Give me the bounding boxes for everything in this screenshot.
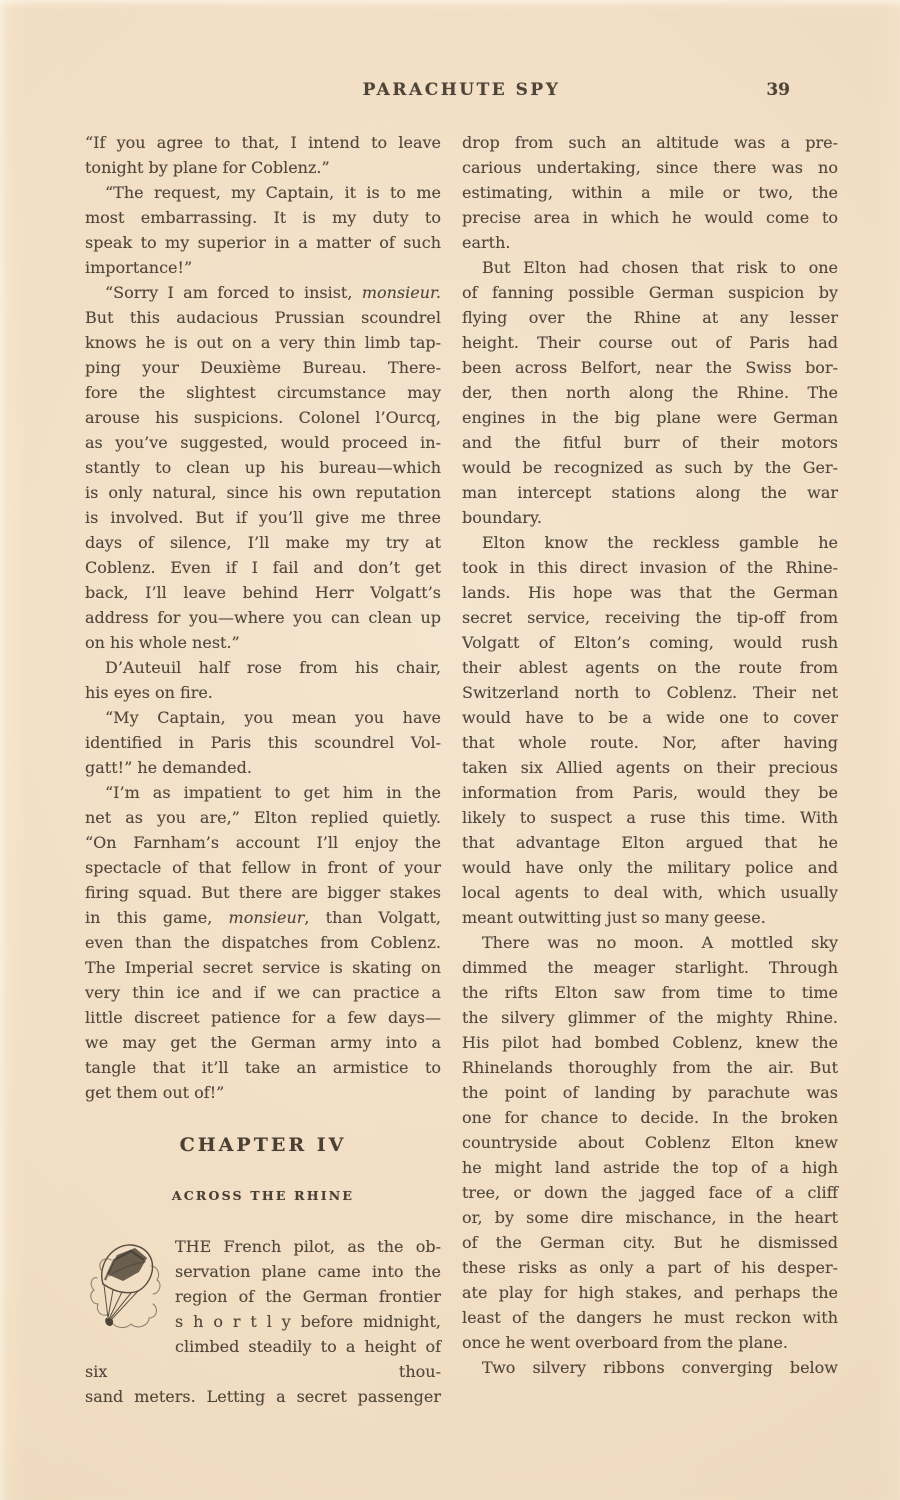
text-line: tangle that it’ll take an armistice to: [85, 1055, 441, 1080]
book-page-scan: PARACHUTE SPY 39 “If you agree to that, …: [0, 0, 900, 1500]
text-line: his eyes on fire.: [85, 680, 441, 705]
text-line: back, I’ll leave behind Herr Volgatt’s: [85, 580, 441, 605]
text-line: drop from such an altitude was a pre-: [462, 130, 838, 155]
text-line: identified in Paris this scoundrel Vol-: [85, 730, 441, 755]
text-line: Coblenz. Even if I fail and don’t get: [85, 555, 441, 580]
text-line: The Imperial secret service is skating o…: [85, 955, 441, 980]
text-line: information from Paris, would they be: [462, 780, 838, 805]
text-line: sand meters. Letting a secret passenger: [85, 1384, 441, 1409]
text-line: carious undertaking, since there was no: [462, 155, 838, 180]
text-line: as you’ve suggested, would proceed in-: [85, 430, 441, 455]
text-line: “If you agree to that, I intend to leave: [85, 130, 441, 155]
text-line: local agents to deal with, which usually: [462, 880, 838, 905]
text-line: ping your Deuxième Bureau. There-: [85, 355, 441, 380]
text-line: even than the dispatches from Coblenz.: [85, 930, 441, 955]
parachute-sketch-icon: [87, 1236, 163, 1336]
paragraph: There was no moon. A mottled skydimmed t…: [462, 930, 838, 1355]
text-line: would be recognized as such by the Ger-: [462, 455, 838, 480]
text-line: man intercept stations along the war: [462, 480, 838, 505]
text-line: importance!”: [85, 255, 441, 280]
text-line: is involved. But if you’ll give me three: [85, 505, 441, 530]
text-line: arouse his suspicions. Colonel l’Ourcq,: [85, 405, 441, 430]
text-line: get them out of!”: [85, 1080, 441, 1105]
text-line: tree, or down the jagged face of a cliff: [462, 1180, 838, 1205]
text-line: D’Auteuil half rose from his chair,: [85, 655, 441, 680]
text-line: been across Belfort, near the Swiss bor-: [462, 355, 838, 380]
text-line: their ablest agents on the route from: [462, 655, 838, 680]
chapter-heading: CHAPTER IV: [85, 1133, 441, 1158]
paragraph: drop from such an altitude was a pre-car…: [462, 130, 838, 255]
text-line: His pilot had bombed Coblenz, knew the: [462, 1030, 838, 1055]
column-left: “If you agree to that, I intend to leave…: [85, 130, 441, 1409]
text-line: “The request, my Captain, it is to me: [85, 180, 441, 205]
text-line: der, then north along the Rhine. The: [462, 380, 838, 405]
page-header: PARACHUTE SPY 39: [85, 80, 838, 104]
text-line: the silvery glimmer of the mighty Rhine.: [462, 1005, 838, 1030]
text-line: we may get the German army into a: [85, 1030, 441, 1055]
text-line: “On Farnham’s account I’ll enjoy the: [85, 830, 441, 855]
text-line: secret service, receiving the tip-off fr…: [462, 605, 838, 630]
text-line: would have to be a wide one to cover: [462, 705, 838, 730]
text-line: climbed steadily to a height of six thou…: [85, 1334, 441, 1384]
text-line: “My Captain, you mean you have: [85, 705, 441, 730]
text-line: Two silvery ribbons converging below: [462, 1355, 838, 1380]
text-line: that advantage Elton argued that he: [462, 830, 838, 855]
text-line: little discreet patience for a few days—: [85, 1005, 441, 1030]
text-line: spectacle of that fellow in front of you…: [85, 855, 441, 880]
text-line: the point of landing by parachute was: [462, 1080, 838, 1105]
text-line: height. Their course out of Paris had: [462, 330, 838, 355]
text-line: the rifts Elton saw from time to time: [462, 980, 838, 1005]
text-line: precise area in which he would come to: [462, 205, 838, 230]
text-line: But Elton had chosen that risk to one: [462, 255, 838, 280]
text-line: firing squad. But there are bigger stake…: [85, 880, 441, 905]
text-line: days of silence, I’ll make my try at: [85, 530, 441, 555]
text-line: these risks as only a part of his desper…: [462, 1255, 838, 1280]
text-line: But this audacious Prussian scoundrel: [85, 305, 441, 330]
text-line: in this game, monsieur, than Volgatt,: [85, 905, 441, 930]
text-line: and the fitful burr of their motors: [462, 430, 838, 455]
paragraph: D’Auteuil half rose from his chair,his e…: [85, 655, 441, 705]
text-line: “I’m as impatient to get him in the: [85, 780, 441, 805]
text-line: tonight by plane for Coblenz.”: [85, 155, 441, 180]
page-number: 39: [766, 80, 790, 100]
paragraph: “Sorry I am forced to insist, monsieur.B…: [85, 280, 441, 655]
text-line: ate play for high stakes, and perhaps th…: [462, 1280, 838, 1305]
text-line: that whole route. Nor, after having: [462, 730, 838, 755]
text-line: would have only the military police and: [462, 855, 838, 880]
text-line: of fanning possible German suspicion by: [462, 280, 838, 305]
text-line: Elton know the reckless gamble he: [462, 530, 838, 555]
paragraph: Elton know the reckless gamble hetook in…: [462, 530, 838, 930]
text-line: likely to suspect a ruse this time. With: [462, 805, 838, 830]
text-line: of the German city. But he dismissed: [462, 1230, 838, 1255]
text-line: “Sorry I am forced to insist, monsieur.: [85, 280, 441, 305]
text-line: net as you are,” Elton replied quietly.: [85, 805, 441, 830]
text-line: is only natural, since his own reputatio…: [85, 480, 441, 505]
text-line: earth.: [462, 230, 838, 255]
text-line: boundary.: [462, 505, 838, 530]
text-line: most embarrassing. It is my duty to: [85, 205, 441, 230]
text-line: estimating, within a mile or two, the: [462, 180, 838, 205]
text-line: flying over the Rhine at any lesser: [462, 305, 838, 330]
chapter-subheading: ACROSS THE RHINE: [85, 1188, 441, 1204]
text-line: meant outwitting just so many geese.: [462, 905, 838, 930]
text-line: fore the slightest circumstance may: [85, 380, 441, 405]
text-line: or, by some dire mischance, in the heart: [462, 1205, 838, 1230]
text-line: dimmed the meager starlight. Through: [462, 955, 838, 980]
paragraph: “If you agree to that, I intend to leave…: [85, 130, 441, 180]
text-line: one for chance to decide. In the broken: [462, 1105, 838, 1130]
text-line: least of the dangers he must reckon with: [462, 1305, 838, 1330]
text-line: once he went overboard from the plane.: [462, 1330, 838, 1355]
text-line: Switzerland north to Coblenz. Their net: [462, 680, 838, 705]
text-line: address for you—where you can clean up: [85, 605, 441, 630]
text-line: on his whole nest.”: [85, 630, 441, 655]
text-line: took in this direct invasion of the Rhin…: [462, 555, 838, 580]
text-line: speak to my superior in a matter of such: [85, 230, 441, 255]
text-line: knows he is out on a very thin limb tap-: [85, 330, 441, 355]
text-line: taken six Allied agents on their preciou…: [462, 755, 838, 780]
column-right: drop from such an altitude was a pre-car…: [462, 130, 838, 1380]
text-line: engines in the big plane were German: [462, 405, 838, 430]
chapter-opening-paragraph: THE French pilot, as the ob-servation pl…: [85, 1234, 441, 1409]
text-line: stantly to clean up his bureau—which: [85, 455, 441, 480]
paragraph: But Elton had chosen that risk to oneof …: [462, 255, 838, 530]
text-line: gatt!” he demanded.: [85, 755, 441, 780]
paragraph: “I’m as impatient to get him in thenet a…: [85, 780, 441, 1105]
text-line: countryside about Coblenz Elton knew: [462, 1130, 838, 1155]
text-line: Rhinelands thoroughly from the air. But: [462, 1055, 838, 1080]
text-line: he might land astride the top of a high: [462, 1155, 838, 1180]
paragraph: “The request, my Captain, it is to memos…: [85, 180, 441, 280]
text-line: There was no moon. A mottled sky: [462, 930, 838, 955]
text-line: very thin ice and if we can practice a: [85, 980, 441, 1005]
text-line: Volgatt of Elton’s coming, would rush: [462, 630, 838, 655]
paragraph: “My Captain, you mean you haveidentified…: [85, 705, 441, 780]
paragraph: Two silvery ribbons converging below: [462, 1355, 838, 1380]
running-title: PARACHUTE SPY: [85, 80, 838, 100]
text-line: lands. His hope was that the German: [462, 580, 838, 605]
